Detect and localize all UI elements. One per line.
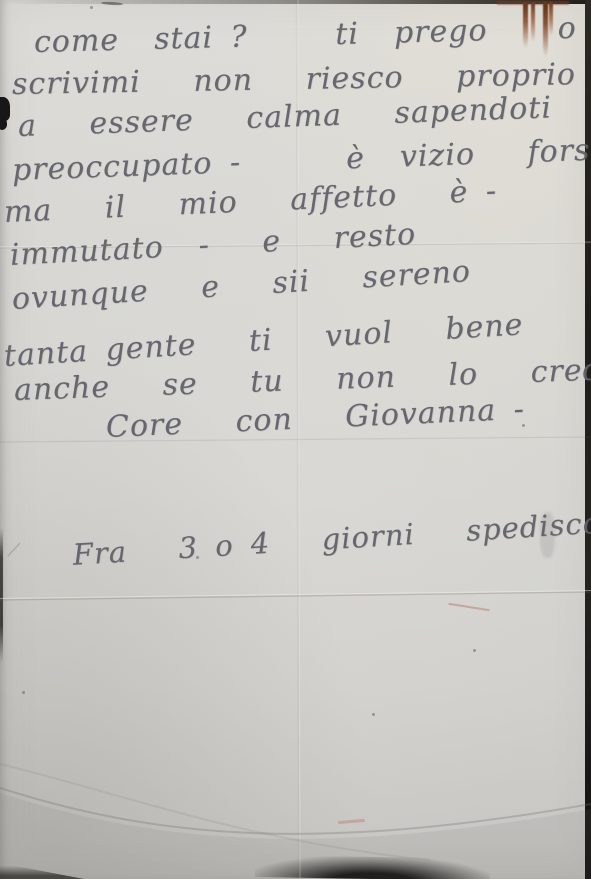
speck <box>473 649 476 652</box>
postscript-text: Fra 3 o 4 giorni spedisco <box>72 502 591 571</box>
speck <box>90 6 93 9</box>
rust-smear <box>497 1 569 5</box>
handwritten-letter-scan: come stai ? ti prego o scrivimi non ries… <box>0 0 591 879</box>
speck <box>372 713 375 716</box>
speck <box>22 691 25 694</box>
